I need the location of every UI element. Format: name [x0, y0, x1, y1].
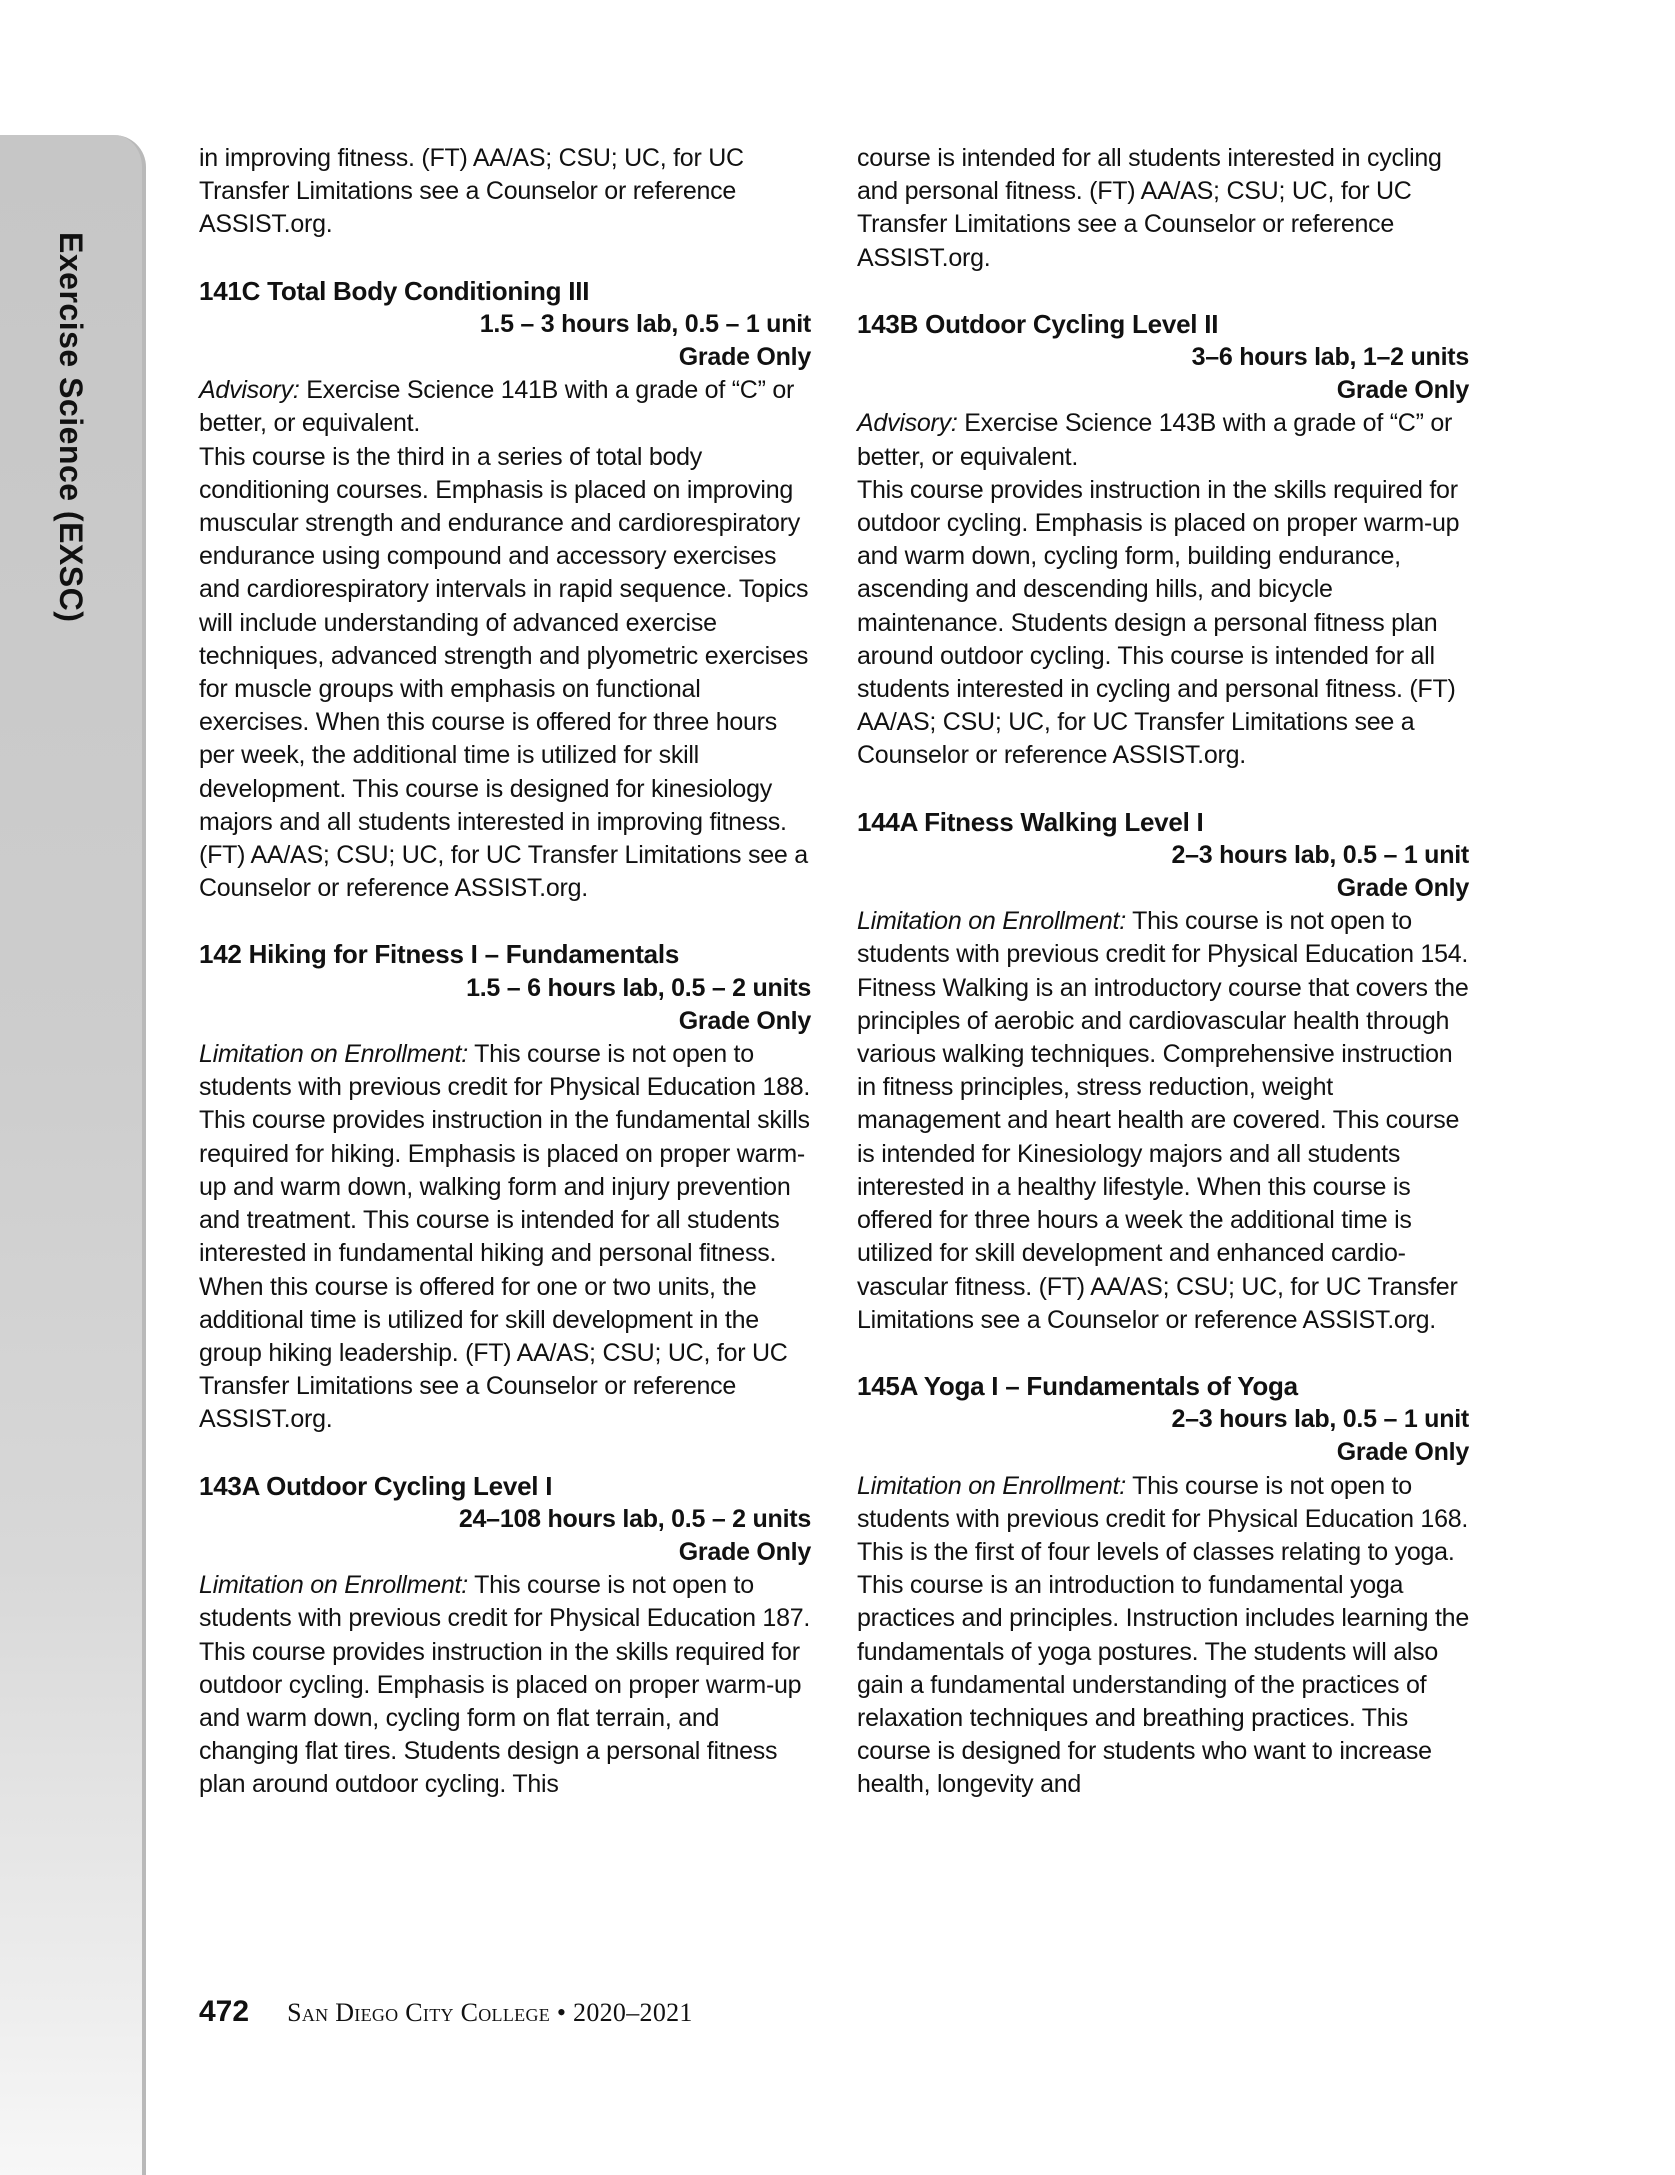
course-title: 144A Fitness Walking Level I	[857, 806, 1469, 839]
course-entry-143a: 143A Outdoor Cycling Level I 24–108 hour…	[199, 1470, 811, 1802]
course-title: 143B Outdoor Cycling Level II	[857, 308, 1469, 341]
requisite-label: Advisory:	[857, 409, 958, 437]
course-description: This course is the third in a series of …	[199, 441, 811, 906]
course-hours-units: 3–6 hours lab, 1–2 units	[857, 341, 1469, 374]
course-requisite: Limitation on Enrollment: This course is…	[199, 1569, 811, 1635]
course-requisite: Advisory: Exercise Science 141B with a g…	[199, 374, 811, 440]
course-title: 143A Outdoor Cycling Level I	[199, 1470, 811, 1503]
course-description: This is the first of four levels of clas…	[857, 1536, 1469, 1802]
course-entry-145a: 145A Yoga I – Fundamentals of Yoga 2–3 h…	[857, 1370, 1469, 1802]
course-description: This course provides instruction in the …	[199, 1104, 811, 1436]
page-footer: 472 San Diego City College • 2020–2021	[199, 1995, 693, 2029]
requisite-label: Limitation on Enrollment:	[857, 1472, 1126, 1500]
course-grading: Grade Only	[857, 872, 1469, 905]
course-entry-141c: 141C Total Body Conditioning III 1.5 – 3…	[199, 275, 811, 906]
right-column: course is intended for all students inte…	[857, 142, 1469, 1802]
course-hours-units: 2–3 hours lab, 0.5 – 1 unit	[857, 1403, 1469, 1436]
course-description: Fitness Walking is an introductory cours…	[857, 972, 1469, 1337]
requisite-label: Limitation on Enrollment:	[857, 907, 1126, 935]
course-grading: Grade Only	[199, 1536, 811, 1569]
requisite-label: Limitation on Enrollment:	[199, 1571, 468, 1599]
continued-text: in improving fitness. (FT) AA/AS; CSU; U…	[199, 142, 811, 242]
page-number: 472	[199, 1995, 249, 2029]
course-description: This course provides instruction in the …	[857, 474, 1469, 773]
course-description: This course provides instruction in the …	[199, 1636, 811, 1802]
course-hours-units: 1.5 – 6 hours lab, 0.5 – 2 units	[199, 972, 811, 1005]
course-hours-units: 24–108 hours lab, 0.5 – 2 units	[199, 1503, 811, 1536]
continued-text: course is intended for all students inte…	[857, 142, 1469, 275]
course-grading: Grade Only	[199, 341, 811, 374]
left-column: in improving fitness. (FT) AA/AS; CSU; U…	[199, 142, 811, 1802]
course-requisite: Limitation on Enrollment: This course is…	[857, 905, 1469, 971]
course-requisite: Limitation on Enrollment: This course is…	[199, 1038, 811, 1104]
course-title: 141C Total Body Conditioning III	[199, 275, 811, 308]
course-grading: Grade Only	[199, 1005, 811, 1038]
course-requisite: Advisory: Exercise Science 143B with a g…	[857, 407, 1469, 473]
publication-title: San Diego City College • 2020–2021	[287, 1998, 693, 2028]
course-entry-142: 142 Hiking for Fitness I – Fundamentals …	[199, 938, 811, 1436]
course-entry-143b: 143B Outdoor Cycling Level II 3–6 hours …	[857, 308, 1469, 773]
course-grading: Grade Only	[857, 1436, 1469, 1469]
course-entry-144a: 144A Fitness Walking Level I 2–3 hours l…	[857, 806, 1469, 1337]
course-hours-units: 1.5 – 3 hours lab, 0.5 – 1 unit	[199, 308, 811, 341]
course-hours-units: 2–3 hours lab, 0.5 – 1 unit	[857, 839, 1469, 872]
requisite-label: Limitation on Enrollment:	[199, 1040, 468, 1068]
course-title: 142 Hiking for Fitness I – Fundamentals	[199, 938, 811, 971]
course-grading: Grade Only	[857, 374, 1469, 407]
course-title: 145A Yoga I – Fundamentals of Yoga	[857, 1370, 1469, 1403]
course-requisite: Limitation on Enrollment: This course is…	[857, 1470, 1469, 1536]
requisite-label: Advisory:	[199, 376, 300, 404]
section-label: Exercise Science (EXSC)	[52, 232, 89, 622]
